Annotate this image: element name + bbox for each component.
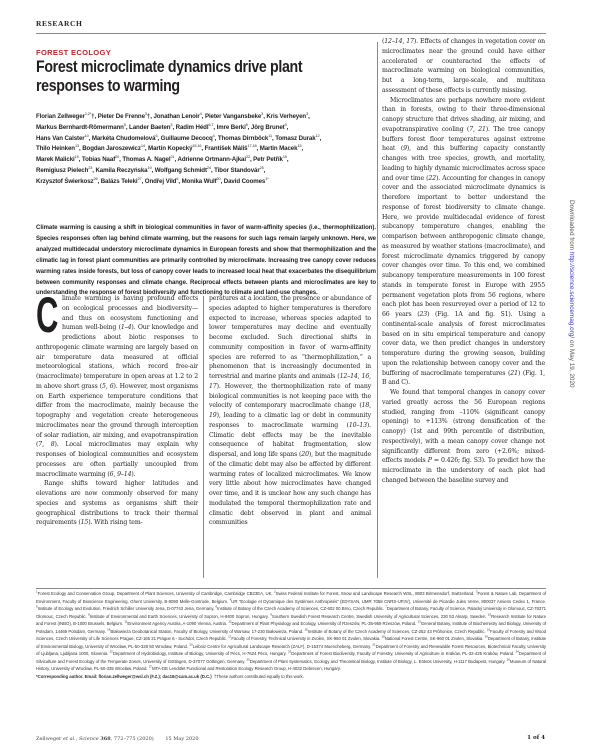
article-title: Forest microclimate dynamics drive plant… <box>36 58 371 96</box>
paragraph: We found that temporal changes in canopy… <box>382 388 545 486</box>
body-column-2: peratures at a location, the presence or… <box>209 294 371 528</box>
citation-footer: Zellweger et al., Science 368, 772–775 (… <box>36 736 199 742</box>
abstract: Climate warming is causing a shift in bi… <box>36 223 376 299</box>
column-divider <box>203 296 204 578</box>
paragraph: Range shifts toward higher latitudes and… <box>36 479 198 528</box>
download-watermark: Downloaded from http://science.sciencema… <box>568 200 575 388</box>
top-rule <box>36 33 546 34</box>
page-number: 1 of 4 <box>527 735 545 741</box>
affiliations: 1Forest Ecology and Conservation Group, … <box>36 590 546 680</box>
kicker: FOREST ECOLOGY <box>36 48 111 57</box>
publication-date: 15 May 2020 <box>165 736 198 742</box>
body-column-1: Climate warming is having profound effec… <box>36 294 198 528</box>
paragraph: Climate warming is having profound effec… <box>36 294 198 479</box>
drop-cap: C <box>36 295 50 335</box>
equal-contribution-note: †These authors contributed equally to th… <box>214 674 304 679</box>
paragraph: (12–14, 17). Effects of changes in veget… <box>382 37 545 96</box>
section-label: RESEARCH <box>36 19 82 28</box>
body-column-3: (12–14, 17). Effects of changes in veget… <box>382 37 545 486</box>
corresponding-author: *Corresponding author. Email: florian.ze… <box>36 674 212 679</box>
footnote-rule <box>36 588 546 589</box>
paragraph: peratures at a location, the presence or… <box>209 294 371 528</box>
paragraph: Microclimates are perhaps nowhere more e… <box>382 96 545 389</box>
column-divider <box>377 42 378 578</box>
author-list: Florian Zellweger1,2*†, Pieter De Frenne… <box>36 112 376 188</box>
download-link[interactable]: http://science.sciencemag.org/ <box>568 252 575 338</box>
